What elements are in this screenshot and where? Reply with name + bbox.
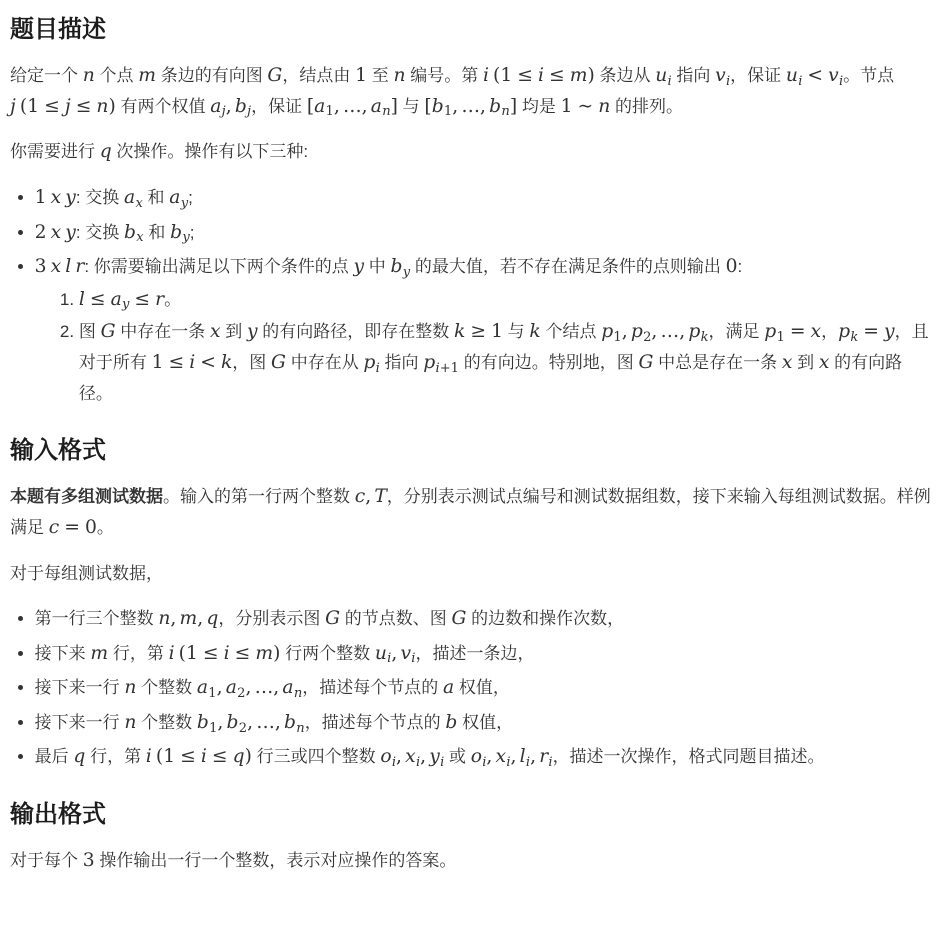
math-token: k (701, 330, 709, 345)
math-subscript: y (182, 230, 189, 245)
math-token: 1 (163, 746, 175, 767)
math-token: 1 (35, 187, 47, 208)
math-subscript: i+1 (436, 361, 459, 376)
math-inline: G (325, 608, 340, 629)
math-inline: aj,bj (210, 96, 251, 117)
text-run: 条边从 (595, 66, 655, 85)
math-token: k (221, 352, 232, 373)
math-token: u (655, 65, 667, 86)
math-token: < (807, 65, 823, 86)
math-token: , (362, 96, 368, 117)
math-token: 1 (776, 330, 784, 345)
math-subscript: n (296, 721, 304, 736)
math-token: u (375, 643, 387, 664)
list-item: 最后 q 行，第 i(1≤i≤q) 行三或四个整数 oi,xi,yi 或 oi,… (35, 742, 936, 773)
math-token: , (334, 96, 340, 117)
math-token: ≤ (169, 352, 185, 373)
text-run: 与 (398, 97, 424, 116)
math-inline: G (267, 65, 282, 86)
math-token: … (661, 321, 680, 342)
math-token: y (247, 321, 258, 342)
math-subscript: k (701, 330, 709, 345)
math-token: y (182, 230, 189, 245)
bullet-list: 第一行三个整数 n,m,q，分别表示图 G 的节点数、图 G 的边数和操作次数，… (10, 604, 936, 773)
math-token: ≤ (549, 65, 565, 86)
math-token: , (391, 643, 397, 664)
text-run: 中存在一条 (116, 322, 210, 341)
math-token: l (79, 289, 85, 310)
text-run: 到 (792, 353, 818, 372)
math-token: ≤ (180, 746, 196, 767)
text-run: ，分别表示图 (218, 609, 325, 628)
text-run: 与 (503, 322, 529, 341)
text-run: 个整数 (136, 678, 196, 697)
math-inline: oi,xi,li,ri (471, 746, 553, 767)
math-token: , (511, 746, 517, 767)
math-token: , (396, 746, 402, 767)
text-run: 中总是存在一条 (653, 353, 781, 372)
list-item: 第一行三个整数 n,m,q，分别表示图 G 的节点数、图 G 的边数和操作次数， (35, 604, 936, 635)
math-token: 1 (152, 352, 164, 373)
math-token: , (420, 746, 426, 767)
text-run: 给定一个 (10, 66, 83, 85)
math-token: k (850, 330, 858, 345)
math-token: < (200, 352, 216, 373)
math-subscript: y (181, 196, 188, 211)
text-run: ，描述每个节点的 (305, 713, 446, 732)
math-token: y (884, 321, 895, 342)
math-token: p (601, 321, 613, 342)
paragraph: 你需要进行 q 次操作。操作有以下三种: (10, 137, 936, 168)
math-token: G (325, 608, 340, 629)
math-token: m (255, 643, 273, 664)
math-token: a (124, 187, 135, 208)
math-token: a (197, 677, 208, 698)
math-token: ≤ (212, 746, 228, 767)
math-token: 1 (500, 65, 512, 86)
math-token: v (715, 65, 726, 86)
math-inline: by (391, 256, 411, 277)
text-run: 最后 (35, 747, 74, 766)
math-token: ≤ (76, 96, 92, 117)
text-run: 条边的有向图 (156, 66, 267, 85)
math-token: k (454, 321, 465, 342)
math-token: 0 (85, 517, 97, 538)
math-token: 2 (35, 222, 47, 243)
text-run: 接下来 (35, 644, 91, 663)
math-inline: k (529, 321, 540, 342)
math-token: 1 (355, 65, 367, 86)
math-subscript: 1 (326, 104, 334, 119)
math-subscript: y (122, 297, 129, 312)
math-inline: oi,xi,yi (380, 746, 444, 767)
math-token: q (206, 608, 218, 629)
math-token: p (631, 321, 643, 342)
text-run: 的节点数、图 (340, 609, 451, 628)
math-token: 1 (326, 104, 334, 119)
math-inline: bx (124, 222, 144, 243)
text-run: 对于每组测试数据， (10, 564, 163, 583)
math-token: a (443, 677, 454, 698)
math-token: , (651, 321, 657, 342)
math-token: q (73, 746, 85, 767)
math-token: j (65, 96, 71, 117)
math-token: … (256, 712, 275, 733)
math-inline: ui<vi (786, 65, 843, 86)
math-inline: c=0 (49, 517, 97, 538)
math-token: b (197, 712, 209, 733)
math-subscript: i (506, 755, 510, 770)
math-token: T (374, 486, 386, 507)
math-token: o (380, 746, 391, 767)
math-token: x (405, 746, 416, 767)
math-inline: 1xy (35, 187, 76, 208)
math-subscript: 1 (613, 330, 621, 345)
math-inline: k≥1 (454, 321, 503, 342)
text-run: 的边数和操作次数， (466, 609, 624, 628)
text-run: 的有向边。特别地，图 (459, 353, 638, 372)
math-token: b (445, 712, 457, 733)
text-run: ，描述一条边， (415, 644, 534, 663)
math-inline: x (819, 352, 830, 373)
math-token: = (64, 517, 80, 538)
math-token: , (197, 608, 203, 629)
math-token: 1 (451, 361, 459, 376)
math-token: , (247, 712, 253, 733)
text-run: 的有向路径，即存在整数 (258, 322, 454, 341)
math-token: i (224, 643, 230, 664)
math-token: m (180, 608, 198, 629)
text-run: 均是 (517, 97, 560, 116)
text-run: ，图 (232, 353, 271, 372)
math-inline: G (101, 321, 116, 342)
math-token: G (452, 608, 467, 629)
text-run: : (737, 257, 742, 276)
math-token: m (570, 65, 588, 86)
math-token: , (679, 321, 685, 342)
text-run: ; (190, 223, 195, 242)
math-inline: x (782, 352, 793, 373)
text-run: 行，第 (108, 644, 168, 663)
math-inline: i(1≤i≤q) (146, 746, 252, 767)
math-inline: 1≤i<k (152, 352, 233, 373)
math-token: l (520, 746, 526, 767)
math-token: u (786, 65, 798, 86)
numbered-list: l≤ay≤r。图 G 中存在一条 x 到 y 的有向路径，即存在整数 k≥1 与… (35, 285, 936, 409)
math-token: b (170, 222, 182, 243)
text-run: 对于每个 (10, 851, 83, 870)
math-token: m (138, 65, 156, 86)
math-token: 1 (444, 104, 452, 119)
math-token: , (245, 677, 251, 698)
math-token: , (530, 746, 536, 767)
math-token: n (382, 104, 390, 119)
math-token: p (764, 321, 776, 342)
math-inline: l≤ay≤r (79, 289, 164, 310)
math-token: p (423, 352, 435, 373)
math-subscript: n (382, 104, 390, 119)
list-item: 接下来一行 n 个整数 b1,b2,…,bn，描述每个节点的 b 权值， (35, 708, 936, 739)
math-token: ( (179, 643, 186, 664)
math-token: [ (424, 96, 431, 117)
math-inline: G (638, 352, 653, 373)
math-inline: ax (124, 187, 143, 208)
math-token: i (506, 755, 510, 770)
text-run: 中存在从 (286, 353, 363, 372)
math-token: x (51, 222, 62, 243)
math-token: , (217, 712, 223, 733)
math-token: ) (587, 65, 594, 86)
text-run: 到 (221, 322, 247, 341)
math-token: k (529, 321, 540, 342)
math-token: 1 (208, 686, 216, 701)
math-token: … (343, 96, 362, 117)
text-run: 权值， (454, 678, 510, 697)
paragraph: 本题有多组测试数据。输入的第一行两个整数 c,T，分别表示测试点编号和测试数据组… (10, 482, 936, 543)
text-run: 行三或四个整数 (252, 747, 380, 766)
math-inline: q (73, 746, 85, 767)
math-token: x (135, 196, 142, 211)
math-token: … (255, 677, 274, 698)
problem-statement: 题目描述给定一个 n 个点 m 条边的有向图 G，结点由 1 至 n 编号。第 … (0, 0, 946, 877)
math-inline: vi (715, 65, 730, 86)
math-token: , (452, 96, 458, 117)
math-subscript: 1 (776, 330, 784, 345)
math-token: x (210, 321, 221, 342)
math-token: a (371, 96, 382, 117)
math-token: a (111, 289, 122, 310)
math-token: c (49, 517, 59, 538)
math-token: , (275, 712, 281, 733)
math-subscript: 1 (444, 104, 452, 119)
text-run: ，结点由 (282, 66, 355, 85)
math-token: b (432, 96, 444, 117)
math-token: 1 (613, 330, 621, 345)
text-run: : 交换 (76, 223, 124, 242)
math-token: 1 (491, 321, 503, 342)
text-run: ，描述一次操作，格式同题目描述。 (553, 747, 825, 766)
text-run: 和 (143, 188, 169, 207)
text-run: 你需要进行 (10, 142, 100, 161)
math-token: c (355, 486, 365, 507)
math-token: , (217, 677, 223, 698)
math-inline: 2xy (35, 222, 76, 243)
bold-text: 本题有多组测试数据 (10, 487, 163, 506)
math-inline: G (452, 608, 467, 629)
math-token: n (158, 608, 170, 629)
math-token: y (354, 256, 365, 277)
math-token: r (75, 256, 84, 277)
math-token: + (440, 361, 451, 376)
text-run: 权值， (457, 713, 513, 732)
math-token: i (798, 74, 802, 89)
math-token: i (146, 746, 152, 767)
math-token: n (296, 721, 304, 736)
math-inline: m (90, 643, 108, 664)
math-token: , (170, 608, 176, 629)
math-token: x (819, 352, 830, 373)
text-run: 行两个整数 (280, 644, 374, 663)
math-inline: G (271, 352, 286, 373)
math-inline: j(1≤j≤n) (10, 96, 116, 117)
math-token: , (486, 746, 492, 767)
math-token: n (83, 65, 95, 86)
math-token: n (124, 712, 136, 733)
math-token: m (90, 643, 108, 664)
math-token: 1 (561, 96, 573, 117)
math-token: x (51, 256, 62, 277)
text-run: 操作输出一行一个整数，表示对应操作的答案。 (95, 851, 457, 870)
math-token: 1 (186, 643, 198, 664)
math-token: , (273, 677, 279, 698)
math-token: ≤ (235, 643, 251, 664)
math-token: ≤ (44, 96, 60, 117)
text-run: 第一行三个整数 (35, 609, 159, 628)
section-heading-problem-description: 题目描述 (10, 14, 936, 45)
list-item: 接下来 m 行，第 i(1≤i≤m) 行两个整数 ui,vi，描述一条边， (35, 639, 936, 670)
math-inline: ui,vi (375, 643, 416, 664)
math-token: y (429, 746, 440, 767)
math-inline: i(1≤i≤m) (169, 643, 281, 664)
math-inline: 3xlr (35, 256, 85, 277)
text-run: 接下来一行 (35, 713, 125, 732)
math-token: = (790, 321, 806, 342)
math-token: , (365, 486, 371, 507)
math-token: i (169, 643, 175, 664)
text-run: 。 (97, 518, 114, 537)
math-inline: x (210, 321, 221, 342)
math-token: ) (108, 96, 115, 117)
math-inline: n (393, 65, 405, 86)
math-inline: 0 (726, 256, 738, 277)
math-token: n (393, 65, 405, 86)
text-run: 行，第 (85, 747, 145, 766)
math-token: r (539, 746, 548, 767)
math-token: ) (245, 746, 252, 767)
math-inline: y (247, 321, 258, 342)
math-inline: p1=x (764, 321, 821, 342)
math-subscript: x (136, 230, 143, 245)
math-token: v (400, 643, 411, 664)
math-token: n (501, 104, 509, 119)
math-token: … (461, 96, 480, 117)
text-run: 和 (144, 223, 170, 242)
math-token: x (782, 352, 793, 373)
math-token: G (101, 321, 116, 342)
math-token: x (811, 321, 822, 342)
math-token: a (226, 677, 237, 698)
math-inline: n (83, 65, 95, 86)
math-token: b (284, 712, 296, 733)
math-token: i (483, 65, 489, 86)
math-token: 0 (726, 256, 738, 277)
text-run: 。 (164, 290, 181, 309)
text-run: 指向 (380, 353, 423, 372)
math-token: a (210, 96, 221, 117)
math-inline: m (138, 65, 156, 86)
math-inline: [b1,…,bn] (424, 96, 517, 117)
list-item: 2xy: 交换 bx 和 by; (35, 218, 936, 249)
math-token: , (226, 96, 232, 117)
numbered-list-item: 图 G 中存在一条 x 到 y 的有向路径，即存在整数 k≥1 与 k 个结点 … (79, 317, 936, 409)
math-token: y (181, 196, 188, 211)
math-subscript: 1 (208, 686, 216, 701)
math-token: 1 (27, 96, 39, 117)
math-inline: 3 (83, 850, 95, 871)
math-token: G (271, 352, 286, 373)
text-run: 编号。第 (405, 66, 482, 85)
math-token: ≥ (470, 321, 486, 342)
math-inline: b1,b2,…,bn (197, 712, 305, 733)
bullet-list: 1xy: 交换 ax 和 ay;2xy: 交换 bx 和 by;3xlr: 你需… (10, 183, 936, 409)
text-run: 的排列。 (610, 97, 683, 116)
math-token: l (65, 256, 71, 277)
math-token: o (471, 746, 482, 767)
math-inline: c,T (355, 486, 387, 507)
text-run: 个点 (95, 66, 138, 85)
math-token: y (65, 187, 76, 208)
text-run: ， (821, 322, 838, 341)
math-token: x (136, 230, 143, 245)
math-subscript: n (501, 104, 509, 119)
text-run: ; (188, 188, 193, 207)
math-token: G (267, 65, 282, 86)
math-inline: p1,p2,…,pk (601, 321, 708, 342)
math-token: a (314, 96, 325, 117)
text-run: ，保证 (730, 66, 786, 85)
text-run: 有两个权值 (116, 97, 210, 116)
text-run: 。输入的第一行两个整数 (163, 487, 355, 506)
math-inline: pi+1 (423, 352, 459, 373)
math-inline: ay (169, 187, 188, 208)
math-token: a (169, 187, 180, 208)
numbered-list-item: l≤ay≤r。 (79, 285, 936, 316)
math-inline: n,m,q (158, 608, 218, 629)
text-run: 中 (364, 257, 390, 276)
section-heading-input-format: 输入格式 (10, 435, 936, 466)
math-token: x (51, 187, 62, 208)
math-token: n (96, 96, 108, 117)
math-token: ≤ (203, 643, 219, 664)
text-run: : 你需要输出满足以下两个条件的点 (84, 257, 353, 276)
math-token: r (155, 289, 164, 310)
paragraph: 对于每个 3 操作输出一行一个整数，表示对应操作的答案。 (10, 846, 936, 877)
math-token: y (122, 297, 129, 312)
math-token: , (480, 96, 486, 117)
math-token: y (65, 222, 76, 243)
text-run: 的最大值，若不存在满足条件的点则输出 (410, 257, 725, 276)
math-inline: n (124, 712, 136, 733)
math-token: q (233, 746, 245, 767)
math-token: p (688, 321, 700, 342)
list-item: 接下来一行 n 个整数 a1,a2,…,an，描述每个节点的 a 权值， (35, 673, 936, 704)
math-token: ≤ (134, 289, 150, 310)
math-inline: 1∼n (561, 96, 611, 117)
math-token: 3 (83, 850, 95, 871)
math-token: ∼ (578, 96, 594, 117)
math-token: b (489, 96, 501, 117)
math-token: i (201, 746, 207, 767)
math-token: = (863, 321, 879, 342)
text-run: 或 (444, 747, 470, 766)
math-token: b (235, 96, 247, 117)
paragraph: 给定一个 n 个点 m 条边的有向图 G，结点由 1 至 n 编号。第 i(1≤… (10, 61, 936, 122)
text-run: 。节点 (843, 66, 894, 85)
text-run: 次操作。操作有以下三种: (112, 142, 308, 161)
math-inline: y (354, 256, 365, 277)
math-token: p (838, 321, 850, 342)
math-token: n (294, 686, 302, 701)
